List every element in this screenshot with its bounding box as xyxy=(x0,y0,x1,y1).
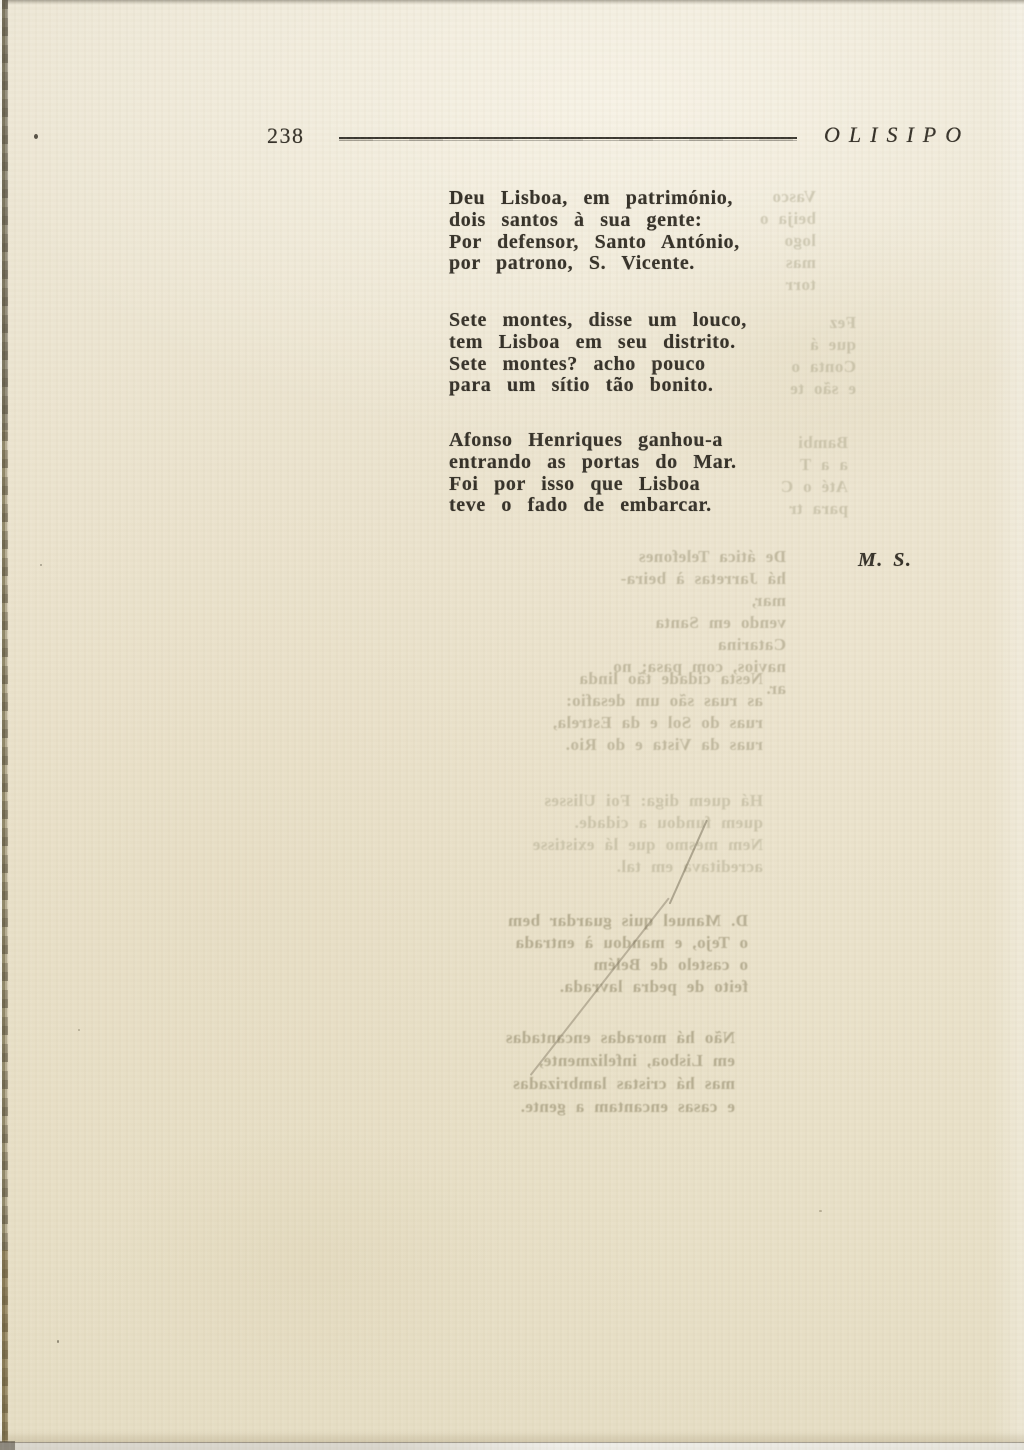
scanned-page: 238 OLISIPO Deu Lisboa, em património, d… xyxy=(0,0,1024,1450)
poem-signature: M. S. xyxy=(858,549,912,572)
bleedthrough-block: D. Manuel quis guardar bem o Tejo, e man… xyxy=(473,910,748,998)
poem-line: para um sítio tão bonito. xyxy=(449,375,747,397)
scan-speck xyxy=(34,134,38,139)
bleedthrough-block: Bambi a a T Até o C para tr xyxy=(748,432,848,520)
poem-line: Por defensor, Santo António, xyxy=(449,232,740,254)
scan-speck xyxy=(78,1029,80,1031)
poem-line: teve o fado de embarcar. xyxy=(449,495,737,517)
poem-line: Afonso Henriques ganhou-a xyxy=(449,430,737,452)
poem-line: tem Lisboa em seu distrito. xyxy=(449,332,747,354)
poem-stanza-2: Sete montes, disse um louco, tem Lisboa … xyxy=(449,310,747,397)
poem-line: Sete montes, disse um louco, xyxy=(449,310,747,332)
poem-line: dois santos à sua gente: xyxy=(449,210,740,232)
header-rule xyxy=(339,137,797,141)
bleedthrough-block: Fez que á Conta o e são te xyxy=(766,312,856,400)
scan-speck xyxy=(40,564,42,566)
bleedthrough-block: Vasco beija o logo mas torr xyxy=(748,186,816,296)
scan-speck xyxy=(57,1340,59,1343)
scan-speck xyxy=(819,1210,822,1212)
poem-line: por patrono, S. Vicente. xyxy=(449,253,740,275)
poem-stanza-3: Afonso Henriques ganhou-a entrando as po… xyxy=(449,430,737,517)
poem-line: Sete montes? acho pouco xyxy=(449,354,747,376)
page-edge-left-shade xyxy=(2,0,8,430)
page-edge-left-stain xyxy=(2,1250,8,1445)
poem-line: entrando as portas do Mar. xyxy=(449,452,737,474)
journal-title: OLISIPO xyxy=(824,122,970,148)
poem-stanza-1: Deu Lisboa, em património, dois santos à… xyxy=(449,188,740,275)
poem-line: Deu Lisboa, em património, xyxy=(449,188,740,210)
bleedthrough-block: Nesta cidade tão linda as ruas são um de… xyxy=(542,668,763,756)
page-bottom-strip xyxy=(0,1442,1024,1450)
poem-line: Foi por isso que Lisboa xyxy=(449,474,737,496)
page-bottom-corner xyxy=(0,1441,15,1450)
bleedthrough-block: Não há moradas encantadas em Lisboa, inf… xyxy=(479,1026,735,1118)
bleedthrough-block: Há quem diga: Foi Ulisses quem fundou a … xyxy=(513,790,763,878)
page-number: 238 xyxy=(267,123,305,149)
page-edge-top xyxy=(0,0,1024,5)
